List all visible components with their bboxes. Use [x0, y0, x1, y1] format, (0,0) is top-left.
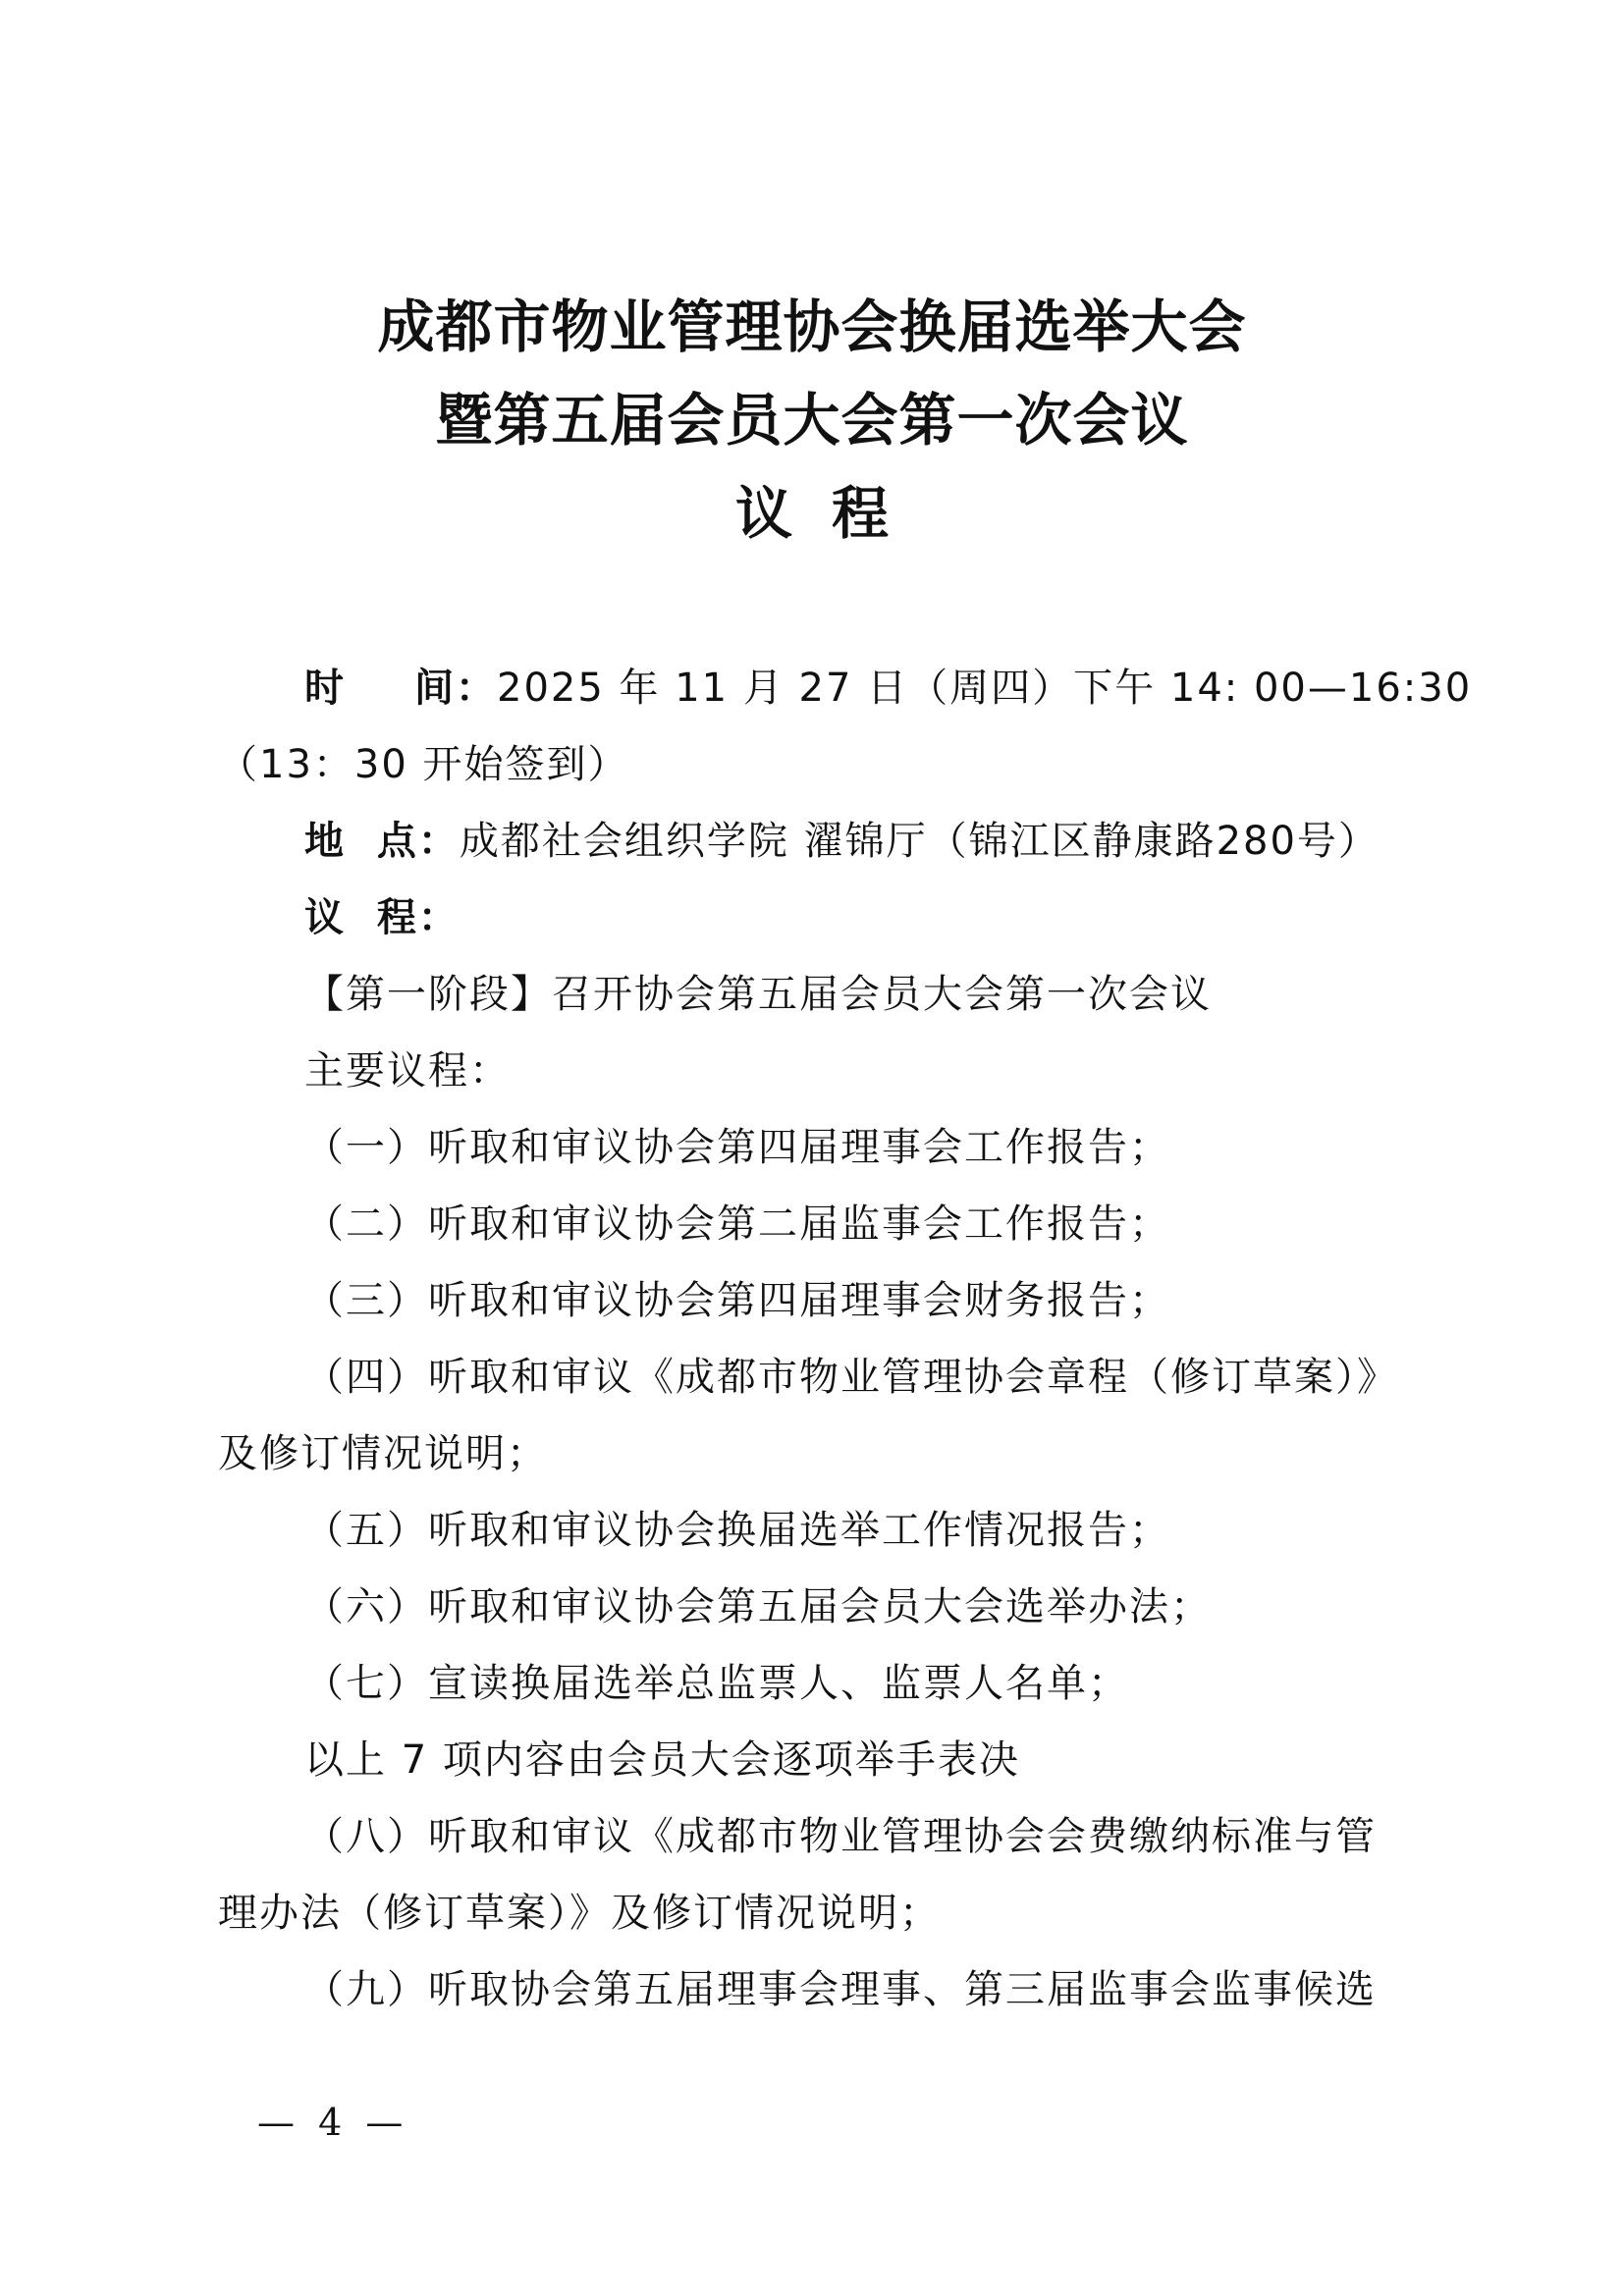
location-label: 地 点： — [304, 819, 460, 864]
agenda-label-row: 议 程： — [218, 880, 1418, 956]
location-value: 成都社会组织学院 濯锦厅（锦江区静康路280号） — [460, 819, 1380, 864]
title-line-1: 成都市物业管理协会换届选举大会 — [0, 281, 1624, 374]
time-row: 时间：2025 年 11 月 27 日（周四）下午 14: 00—16:30 — [218, 650, 1418, 726]
agenda-item-8: （八）听取和审议《成都市物业管理协会会费缴纳标准与管 — [218, 1798, 1418, 1875]
time-label-part2: 间： — [414, 666, 497, 711]
agenda-label: 议 程： — [304, 895, 460, 940]
stage-one-heading: 【第一阶段】召开协会第五届会员大会第一次会议 — [218, 956, 1418, 1033]
location-row: 地 点：成都社会组织学院 濯锦厅（锦江区静康路280号） — [218, 803, 1418, 880]
agenda-item-2: （二）听取和审议协会第二届监事会工作报告； — [218, 1186, 1418, 1262]
time-label-part1: 时 — [304, 666, 346, 711]
agenda-item-3: （三）听取和审议协会第四届理事会财务报告； — [218, 1262, 1418, 1339]
time-continuation: （13：30 开始签到） — [218, 726, 1418, 803]
title-line-3: 议程 — [0, 467, 1624, 561]
agenda-item-4-continuation: 及修订情况说明； — [218, 1415, 1418, 1492]
title-line-2: 暨第五届会员大会第一次会议 — [0, 374, 1624, 467]
agenda-item-1: （一）听取和审议协会第四届理事会工作报告； — [218, 1109, 1418, 1186]
document-page: 成都市物业管理协会换届选举大会 暨第五届会员大会第一次会议 议程 时间：2025… — [0, 0, 1624, 2296]
agenda-item-4: （四）听取和审议《成都市物业管理协会章程（修订草案）》 — [218, 1339, 1418, 1415]
agenda-item-7: （七）宣读换届选举总监票人、监票人名单； — [218, 1645, 1418, 1722]
stage-one-subheading: 主要议程： — [218, 1033, 1418, 1109]
time-value: 2025 年 11 月 27 日（周四）下午 14: 00—16:30 — [497, 666, 1472, 711]
agenda-item-9: （九）听取协会第五届理事会理事、第三届监事会监事候选 — [218, 1951, 1418, 2028]
vote-note: 以上 7 项内容由会员大会逐项举手表决 — [218, 1722, 1418, 1798]
agenda-item-8-continuation: 理办法（修订草案）》及修订情况说明； — [218, 1875, 1418, 1951]
page-number: — 4 — — [257, 2093, 408, 2152]
document-body: 时间：2025 年 11 月 27 日（周四）下午 14: 00—16:30 （… — [218, 650, 1418, 2028]
agenda-item-5: （五）听取和审议协会换届选举工作情况报告； — [218, 1492, 1418, 1569]
agenda-item-6: （六）听取和审议协会第五届会员大会选举办法； — [218, 1569, 1418, 1645]
document-title: 成都市物业管理协会换届选举大会 暨第五届会员大会第一次会议 议程 — [0, 281, 1624, 561]
